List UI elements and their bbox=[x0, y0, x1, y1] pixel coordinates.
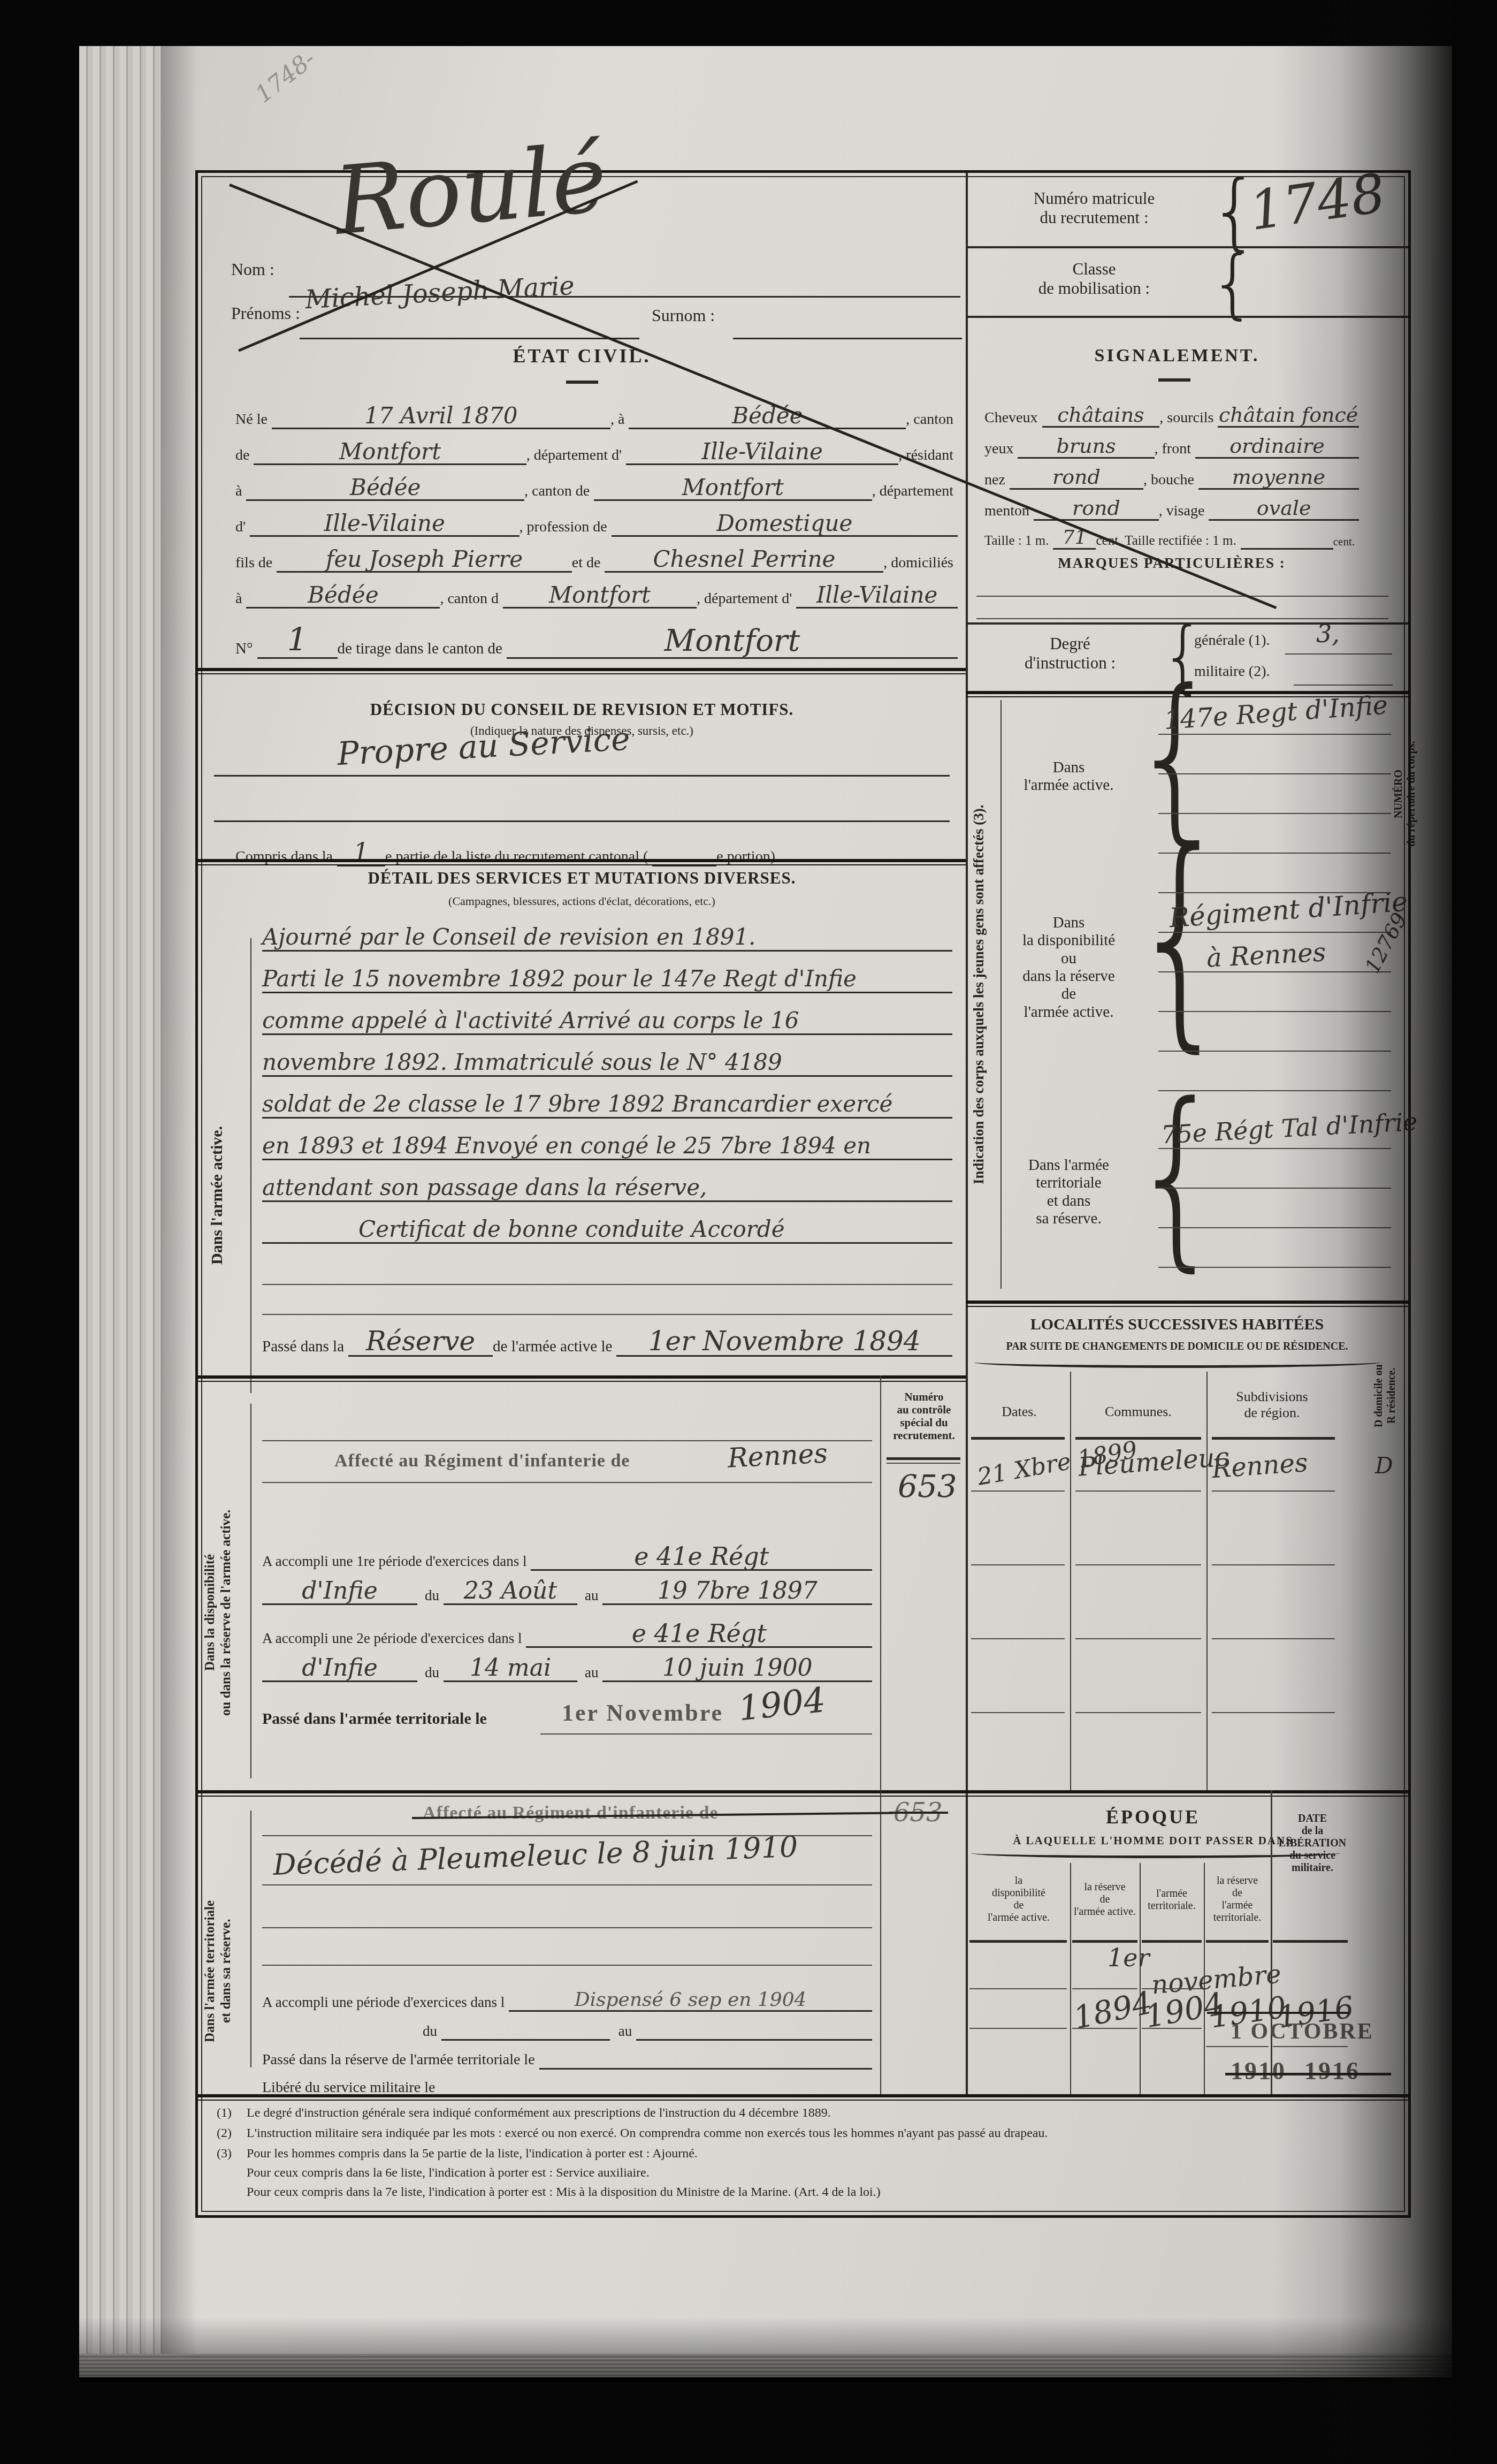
prenoms-label: Prénoms : bbox=[231, 303, 300, 323]
rule-line bbox=[1212, 1490, 1335, 1492]
controle-label: Numéro au contrôle spécial du recrutemen… bbox=[884, 1390, 964, 1442]
header-rule bbox=[1273, 1940, 1348, 1943]
corps-active-label: Dans l'armée active. bbox=[1003, 759, 1134, 795]
rule-line bbox=[1158, 1188, 1391, 1189]
footnote-text: Pour les hommes compris dans la 5e parti… bbox=[247, 2147, 702, 2162]
rule-line bbox=[1158, 1011, 1391, 1012]
localites-col-subdiv: Subdivisions de région. bbox=[1209, 1389, 1335, 1421]
field-label: d' bbox=[235, 519, 250, 537]
controle-box-line bbox=[880, 1790, 881, 2094]
decision-title: DÉCISION DU CONSEIL DE REVISION ET MOTIF… bbox=[198, 700, 966, 719]
field-label: , bouche bbox=[1143, 471, 1198, 490]
rule-line bbox=[966, 316, 1408, 318]
service-written-line: soldat de 2e classe le 17 9bre 1892 Bran… bbox=[262, 1086, 952, 1119]
service-written-line: comme appelé à l'activité Arrivé au corp… bbox=[262, 1002, 952, 1035]
title-rule bbox=[566, 381, 598, 384]
field-label: et de bbox=[572, 554, 605, 573]
surnom-label: Surnom : bbox=[652, 306, 715, 325]
field-label: de l'armée active le bbox=[493, 1338, 616, 1357]
field-value: Dispensé 6 sep en 1904 bbox=[509, 1990, 872, 2012]
field-label: N° bbox=[235, 640, 257, 659]
territoriale-passage-value: 1904 bbox=[737, 1683, 827, 1727]
etat-civil-row: fils de feu Joseph Pierre et de Chesnel … bbox=[235, 538, 958, 573]
rule-line bbox=[969, 1988, 1067, 1989]
section-separator bbox=[966, 1790, 1408, 1797]
field-value: d'Infie bbox=[262, 1656, 417, 1682]
signalement-row: nez rond , bouche moyenne bbox=[984, 460, 1359, 490]
passe-reserve-row: Passé dans la Réserve de l'armée active … bbox=[262, 1324, 952, 1357]
field-label: , front bbox=[1155, 440, 1195, 459]
section-separator bbox=[198, 2094, 1408, 2101]
etat-civil-row: Né le 17 Avril 1870 , à Bédée , canton bbox=[235, 395, 958, 429]
header-rule bbox=[969, 1940, 1067, 1943]
side-bracket-line bbox=[250, 1811, 251, 2067]
service-line-text: en 1893 et 1894 Envoyé en congé le 25 7b… bbox=[262, 1135, 871, 1157]
degre-label-line2: d'instruction : bbox=[1025, 653, 1116, 672]
section-separator bbox=[198, 668, 966, 674]
footnote-text: L'instruction militaire sera indiquée pa… bbox=[247, 2126, 1052, 2142]
field-value: 17 Avril 1870 bbox=[272, 404, 610, 429]
field-value: feu Joseph Pierre bbox=[277, 547, 572, 573]
rule-line bbox=[262, 1314, 952, 1315]
classe-label-line2: de mobilisation : bbox=[1038, 279, 1150, 298]
field-value: e 41e Régt bbox=[531, 1543, 872, 1571]
domicile-side-label: D domicile ou R résidence. bbox=[1372, 1313, 1398, 1479]
field-label: , département d' bbox=[526, 447, 626, 465]
field-value: Réserve bbox=[348, 1327, 493, 1357]
territoriale-passage-stamp: 1er Novembre bbox=[562, 1701, 723, 1725]
etat-civil-title: ÉTAT CIVIL. bbox=[198, 345, 966, 367]
localites-col-communes: Communes. bbox=[1073, 1404, 1204, 1420]
field-value: Bédée bbox=[246, 583, 440, 609]
epoque-col2-header: la réserve de l'armée active. bbox=[1071, 1881, 1139, 1918]
field-value: 23 Août bbox=[444, 1579, 577, 1605]
rule-line bbox=[1158, 1227, 1391, 1228]
matricule-label-line1: Numéro matricule bbox=[1034, 189, 1155, 208]
reserve-territoriale-row: Passé dans la réserve de l'armée territo… bbox=[262, 2042, 872, 2070]
field-label: , résidant bbox=[898, 447, 958, 465]
field-label: , sourcils bbox=[1159, 409, 1218, 428]
classe-label-line1: Classe bbox=[1073, 260, 1116, 278]
stamp-1916: 1916 bbox=[1304, 2059, 1360, 2083]
field-label: A accompli une 2e période d'exercices da… bbox=[262, 1630, 526, 1648]
footnote-text: Pour ceux compris dans la 6e liste, l'in… bbox=[247, 2166, 654, 2181]
field-label: cent. Taille rectifiée : 1 m. bbox=[1096, 534, 1240, 550]
side-bracket-line bbox=[250, 938, 251, 1393]
field-value bbox=[1241, 548, 1333, 550]
field-label: , profession de bbox=[520, 519, 612, 537]
field-label: au bbox=[577, 1664, 602, 1682]
periode2-row: A accompli une 2e période d'exercices da… bbox=[262, 1618, 872, 1648]
field-label: du bbox=[423, 2023, 441, 2041]
rule-line bbox=[1158, 1148, 1391, 1149]
rule-line bbox=[1075, 1638, 1201, 1639]
service-written-line: en 1893 et 1894 Envoyé en congé le 25 7b… bbox=[262, 1128, 952, 1160]
rule-line bbox=[1206, 2046, 1269, 2047]
etat-civil-row: d' Ille-Vilaine , profession de Domestiq… bbox=[235, 503, 958, 537]
deces-note: Décédé à Pleumeleuc le 8 juin 1910 bbox=[272, 1832, 798, 1880]
corps-dispo-label: Dans la disponibilité ou dans la réserve… bbox=[1003, 914, 1134, 1021]
field-value: 19 7bre 1897 bbox=[602, 1579, 872, 1605]
service-line-text: Certificat de bonne conduite Accordé bbox=[358, 1218, 785, 1241]
field-value: rond bbox=[1010, 467, 1143, 490]
rule-line bbox=[1158, 1267, 1391, 1268]
services-side-label: Dans l'armée active. bbox=[208, 965, 227, 1425]
service-line-text: Parti le 15 novembre 1892 pour le 147e R… bbox=[262, 968, 857, 990]
field-value: bruns bbox=[1018, 436, 1154, 459]
matricule-label-line2: du recrutement : bbox=[1040, 208, 1148, 227]
header-rule bbox=[1206, 1940, 1269, 1943]
epoque-hw-1894: 1894 bbox=[1071, 1987, 1155, 2033]
localites-subtitle: PAR SUITE DE CHANGEMENTS DE DOMICILE OU … bbox=[966, 1341, 1388, 1353]
footnote: Pour ceux compris dans la 7e liste, l'in… bbox=[217, 2185, 1394, 2201]
stamp-1910: 1910 bbox=[1231, 2059, 1286, 2083]
affectation-stamp-faint: Affecté au Régiment d'infanterie de bbox=[423, 1804, 718, 1822]
footnote: (1) Le degré d'instruction générale sera… bbox=[217, 2106, 1394, 2121]
affectation-stamp: Affecté au Régiment d'infanterie de bbox=[334, 1452, 630, 1470]
header-rule bbox=[1212, 1437, 1335, 1440]
field-value: 14 mai bbox=[444, 1656, 577, 1682]
field-value: Ille-Vilaine bbox=[796, 583, 958, 609]
service-written-line: attendant son passage dans la réserve, bbox=[262, 1169, 952, 1202]
book-page-edges bbox=[79, 46, 162, 2377]
signalement-title: SIGNALEMENT. bbox=[966, 345, 1388, 366]
rule-line bbox=[540, 1733, 872, 1735]
rule-line bbox=[300, 338, 639, 339]
localites-col-dates: Dates. bbox=[971, 1404, 1067, 1420]
field-value: Bédée bbox=[246, 476, 524, 501]
table-column-line bbox=[1070, 1372, 1071, 1790]
side-bracket-line bbox=[1000, 700, 1002, 1289]
corps-dispo-value2: à Rennes bbox=[1206, 939, 1327, 971]
tirage-row: N° 1 de tirage dans le canton de Montfor… bbox=[235, 623, 958, 659]
table-column-line bbox=[1206, 1372, 1208, 1790]
localites-row-subdiv: Rennes bbox=[1211, 1450, 1309, 1482]
field-value: Chesnel Perrine bbox=[605, 547, 883, 573]
service-line-text: attendant son passage dans la réserve, bbox=[262, 1176, 707, 1199]
nom-label: Nom : bbox=[231, 260, 274, 279]
field-label: , domiciliés bbox=[883, 554, 958, 573]
field-value: ordinaire bbox=[1195, 436, 1359, 459]
field-value: châtain foncé bbox=[1218, 405, 1359, 428]
rule-line bbox=[214, 775, 950, 777]
octobre-stamp: 1 OCTOBRE bbox=[1231, 2020, 1374, 2043]
rule-line bbox=[1158, 932, 1391, 933]
matricule-value: 1748 bbox=[1246, 166, 1388, 238]
services-title: DÉTAIL DES SERVICES ET MUTATIONS DIVERSE… bbox=[198, 869, 966, 888]
rule-line bbox=[971, 1712, 1065, 1713]
scanned-register-photo: 1748- Roulé Nom : Prénoms : Michel Josep… bbox=[0, 0, 1497, 2464]
rule-line bbox=[971, 1638, 1065, 1639]
field-value: ovale bbox=[1209, 498, 1359, 521]
libere-row: Libéré du service militaire le bbox=[262, 2070, 872, 2097]
matricule-label: Numéro matricule du recrutement : bbox=[982, 189, 1206, 227]
field-label: A accompli une période d'exercices dans … bbox=[262, 1994, 509, 2012]
header-rule bbox=[1075, 1437, 1201, 1440]
rule-line bbox=[262, 1884, 872, 1885]
controle-box-line bbox=[880, 1375, 881, 1790]
strike-line bbox=[889, 1812, 948, 1814]
field-label: , département d' bbox=[697, 590, 796, 609]
service-line-text: soldat de 2e classe le 17 9bre 1892 Bran… bbox=[262, 1093, 892, 1115]
rule-line bbox=[1273, 2046, 1348, 2047]
field-value bbox=[441, 2039, 610, 2041]
matricule-form: Roulé Nom : Prénoms : Michel Joseph Mari… bbox=[195, 170, 1411, 2218]
footnote-text: Pour ceux compris dans la 7e liste, l'in… bbox=[247, 2185, 885, 2201]
field-value: Montfort bbox=[254, 440, 526, 465]
field-value: e 41e Régt bbox=[526, 1621, 872, 1648]
field-label: , canton bbox=[906, 411, 958, 429]
footnote-number bbox=[217, 2185, 247, 2186]
rule-line bbox=[1158, 734, 1391, 735]
etat-civil-row: à Bédée , canton d Montfort , départemen… bbox=[235, 574, 958, 609]
controle-value: 653 bbox=[898, 1471, 957, 1502]
binding-gutter-shadow bbox=[161, 46, 198, 2377]
service-line-text: comme appelé à l'activité Arrivé au corp… bbox=[262, 1009, 799, 1032]
header-rule bbox=[1142, 1940, 1202, 1943]
field-value: Montfort bbox=[507, 626, 958, 659]
field-label: à bbox=[235, 590, 246, 609]
footnote-text: Le degré d'instruction générale sera ind… bbox=[247, 2106, 835, 2121]
field-value bbox=[636, 2039, 872, 2041]
territoriale-side-label: Dans l'armée territoriale et dans sa rés… bbox=[202, 1859, 234, 2083]
section-separator bbox=[966, 1301, 1408, 1307]
repertoire-side-label: NUMÉRO du répertoire du corps. bbox=[1392, 703, 1418, 885]
marques-label: MARQUES PARTICULIÈRES : bbox=[984, 555, 1359, 572]
section-separator bbox=[198, 1375, 966, 1382]
field-value: moyenne bbox=[1198, 467, 1359, 490]
nom-handwritten-large: Roulé bbox=[331, 132, 610, 249]
field-label: de bbox=[235, 447, 254, 465]
service-written-line: Ajourné par le Conseil de revision en 18… bbox=[262, 919, 952, 952]
rule-line bbox=[1075, 1712, 1201, 1713]
rule-line bbox=[1158, 773, 1391, 774]
classe-label: Classe de mobilisation : bbox=[982, 260, 1206, 298]
bottom-page-edges bbox=[79, 2354, 1452, 2377]
rule-line bbox=[971, 1490, 1065, 1492]
field-label: , canton de bbox=[524, 483, 594, 501]
field-label: cent. bbox=[1333, 535, 1359, 550]
field-label: , visage bbox=[1159, 503, 1209, 521]
field-value: d'Infie bbox=[262, 1579, 417, 1605]
services-subtitle: (Campagnes, blessures, actions d'éclat, … bbox=[198, 894, 966, 908]
footnote-number: (2) bbox=[217, 2126, 247, 2142]
rule-line bbox=[1294, 685, 1393, 686]
service-written-line: Certificat de bonne conduite Accordé bbox=[262, 1211, 952, 1244]
periode-territoriale-row: A accompli une période d'exercices dans … bbox=[262, 1983, 872, 2012]
brace-icon: { bbox=[1130, 838, 1232, 1036]
rule-line bbox=[966, 246, 1408, 248]
side-bracket-line bbox=[250, 1404, 251, 1778]
localites-title: LOCALITÉS SUCCESSIVES HABITÉES bbox=[966, 1315, 1388, 1334]
field-value: Domestique bbox=[612, 512, 958, 537]
service-line-text: novembre 1892. Immatriculé sous le N° 41… bbox=[262, 1051, 782, 1074]
rule-line bbox=[1158, 892, 1391, 893]
epoque-col4-header: la réserve de l'armée territoriale. bbox=[1205, 1875, 1270, 1924]
field-value: Bédée bbox=[629, 404, 906, 429]
header-rule bbox=[971, 1437, 1065, 1440]
field-value: 10 juin 1900 bbox=[602, 1656, 872, 1682]
field-value: Ille-Vilaine bbox=[250, 512, 520, 537]
periode1-row2: d'Infie du 23 Août au 19 7bre 1897 bbox=[262, 1575, 872, 1605]
epoque-col3-header: l'armée territoriale. bbox=[1141, 1888, 1203, 1912]
section-separator bbox=[198, 1790, 966, 1797]
rule-line bbox=[262, 1965, 872, 1966]
signalement-row: Cheveux châtains , sourcils châtain fonc… bbox=[984, 398, 1359, 428]
epoque-hw-1er: 1er bbox=[1108, 1945, 1149, 1970]
du-au-row: du au bbox=[423, 2014, 872, 2041]
footnote: Pour ceux compris dans la 6e liste, l'in… bbox=[217, 2166, 1394, 2181]
corps-side-label: Indication des corps auxquels les jeunes… bbox=[970, 708, 987, 1281]
generale-label: générale (1). bbox=[1194, 632, 1270, 649]
strike-line bbox=[1274, 2012, 1349, 2014]
field-label: nez bbox=[984, 471, 1010, 490]
epoque-col1-header: la disponibilité de l'armée active. bbox=[968, 1875, 1069, 1924]
field-value: 1er Novembre 1894 bbox=[616, 1327, 952, 1357]
rule-line bbox=[1212, 1638, 1335, 1639]
footnote: (3) Pour les hommes compris dans la 5e p… bbox=[217, 2147, 1394, 2162]
footnote-number bbox=[217, 2166, 247, 2167]
field-label: yeux bbox=[984, 440, 1018, 459]
periode2-row2: d'Infie du 14 mai au 10 juin 1900 bbox=[262, 1652, 872, 1682]
rule-line bbox=[976, 596, 1388, 597]
rule-line bbox=[1072, 2028, 1137, 2029]
title-rule bbox=[1158, 378, 1190, 382]
rule-line bbox=[262, 1482, 872, 1483]
rule-line bbox=[1075, 1490, 1201, 1492]
rule-line bbox=[971, 1564, 1065, 1565]
territoriale-passage-label: Passé dans l'armée territoriale le bbox=[262, 1710, 487, 1729]
field-label: à bbox=[235, 483, 246, 501]
rule-line bbox=[1158, 971, 1391, 972]
field-label: A accompli une 1re période d'exercices d… bbox=[262, 1553, 531, 1571]
field-value: Montfort bbox=[503, 583, 697, 609]
rule-line bbox=[887, 1457, 960, 1460]
field-label: , département bbox=[872, 483, 958, 501]
field-value: 1 bbox=[257, 623, 338, 659]
swash-curve bbox=[974, 1357, 1380, 1368]
field-label: au bbox=[610, 2023, 636, 2041]
field-label: fils de bbox=[235, 554, 277, 573]
field-label: Né le bbox=[235, 411, 272, 429]
brace-icon: { bbox=[1209, 252, 1257, 316]
rule-line bbox=[1158, 1051, 1391, 1052]
field-value: Montfort bbox=[594, 476, 872, 501]
rule-line bbox=[1075, 1564, 1201, 1565]
footnote-number: (3) bbox=[217, 2147, 247, 2162]
affectation-value: Rennes bbox=[727, 1440, 828, 1472]
periode1-row: A accompli une 1re période d'exercices d… bbox=[262, 1541, 872, 1571]
rule-line bbox=[1142, 2028, 1202, 2029]
rule-line bbox=[733, 338, 962, 339]
rule-line bbox=[262, 1284, 952, 1285]
signalement-row: yeux bruns , front ordinaire bbox=[984, 429, 1359, 459]
footnote-number: (1) bbox=[217, 2106, 247, 2121]
section-separator bbox=[198, 859, 966, 865]
signalement-taille-row: Taille : 1 m. 71 cent. Taille rectifiée … bbox=[984, 522, 1359, 550]
field-label: de tirage dans le canton de bbox=[338, 640, 507, 659]
field-label: , canton d bbox=[440, 590, 503, 609]
service-written-line: novembre 1892. Immatriculé sous le N° 41… bbox=[262, 1044, 952, 1077]
field-label: du bbox=[417, 1664, 444, 1682]
field-value: Ille-Vilaine bbox=[626, 440, 898, 465]
footnote: (2) L'instruction militaire sera indiqué… bbox=[217, 2126, 1394, 2142]
service-line-text: Ajourné par le Conseil de revision en 18… bbox=[262, 926, 755, 948]
dispo-side-label: Dans la disponibilité ou dans la réserve… bbox=[202, 1457, 234, 1768]
rule-line bbox=[1212, 1712, 1335, 1713]
rule-line bbox=[1212, 1564, 1335, 1565]
field-label: du bbox=[417, 1587, 444, 1605]
field-label: au bbox=[577, 1587, 602, 1605]
service-written-line: Parti le 15 novembre 1892 pour le 147e R… bbox=[262, 961, 952, 993]
header-rule bbox=[1072, 1940, 1137, 1943]
signalement-row: menton rond , visage ovale bbox=[984, 491, 1359, 521]
field-label: Passé dans la réserve de l'armée territo… bbox=[262, 2051, 539, 2070]
strike-line bbox=[1225, 2073, 1391, 2075]
rule-line bbox=[1285, 653, 1392, 655]
rule-line bbox=[969, 2028, 1067, 2029]
rule-line bbox=[887, 1463, 960, 1464]
rule-line bbox=[262, 1927, 872, 1928]
rule-line bbox=[1142, 1988, 1202, 1989]
epoque-date-header: DATE de la LIBÉRATION du service militai… bbox=[1272, 1813, 1353, 1874]
field-value: châtains bbox=[1042, 405, 1160, 428]
field-label: , à bbox=[610, 411, 629, 429]
generale-value: 3, bbox=[1316, 621, 1340, 646]
field-label: Passé dans la bbox=[262, 1338, 348, 1357]
etat-civil-row: à Bédée , canton de Montfort , départeme… bbox=[235, 467, 958, 501]
corps-territoriale-label: Dans l'armée territoriale et dans sa rés… bbox=[1003, 1157, 1134, 1228]
field-label: Taille : 1 m. bbox=[984, 534, 1053, 550]
strike-line bbox=[1207, 2012, 1274, 2014]
degre-label-line1: Degré bbox=[1050, 634, 1090, 653]
rule-line bbox=[214, 820, 950, 822]
field-label: Cheveux bbox=[984, 409, 1042, 428]
